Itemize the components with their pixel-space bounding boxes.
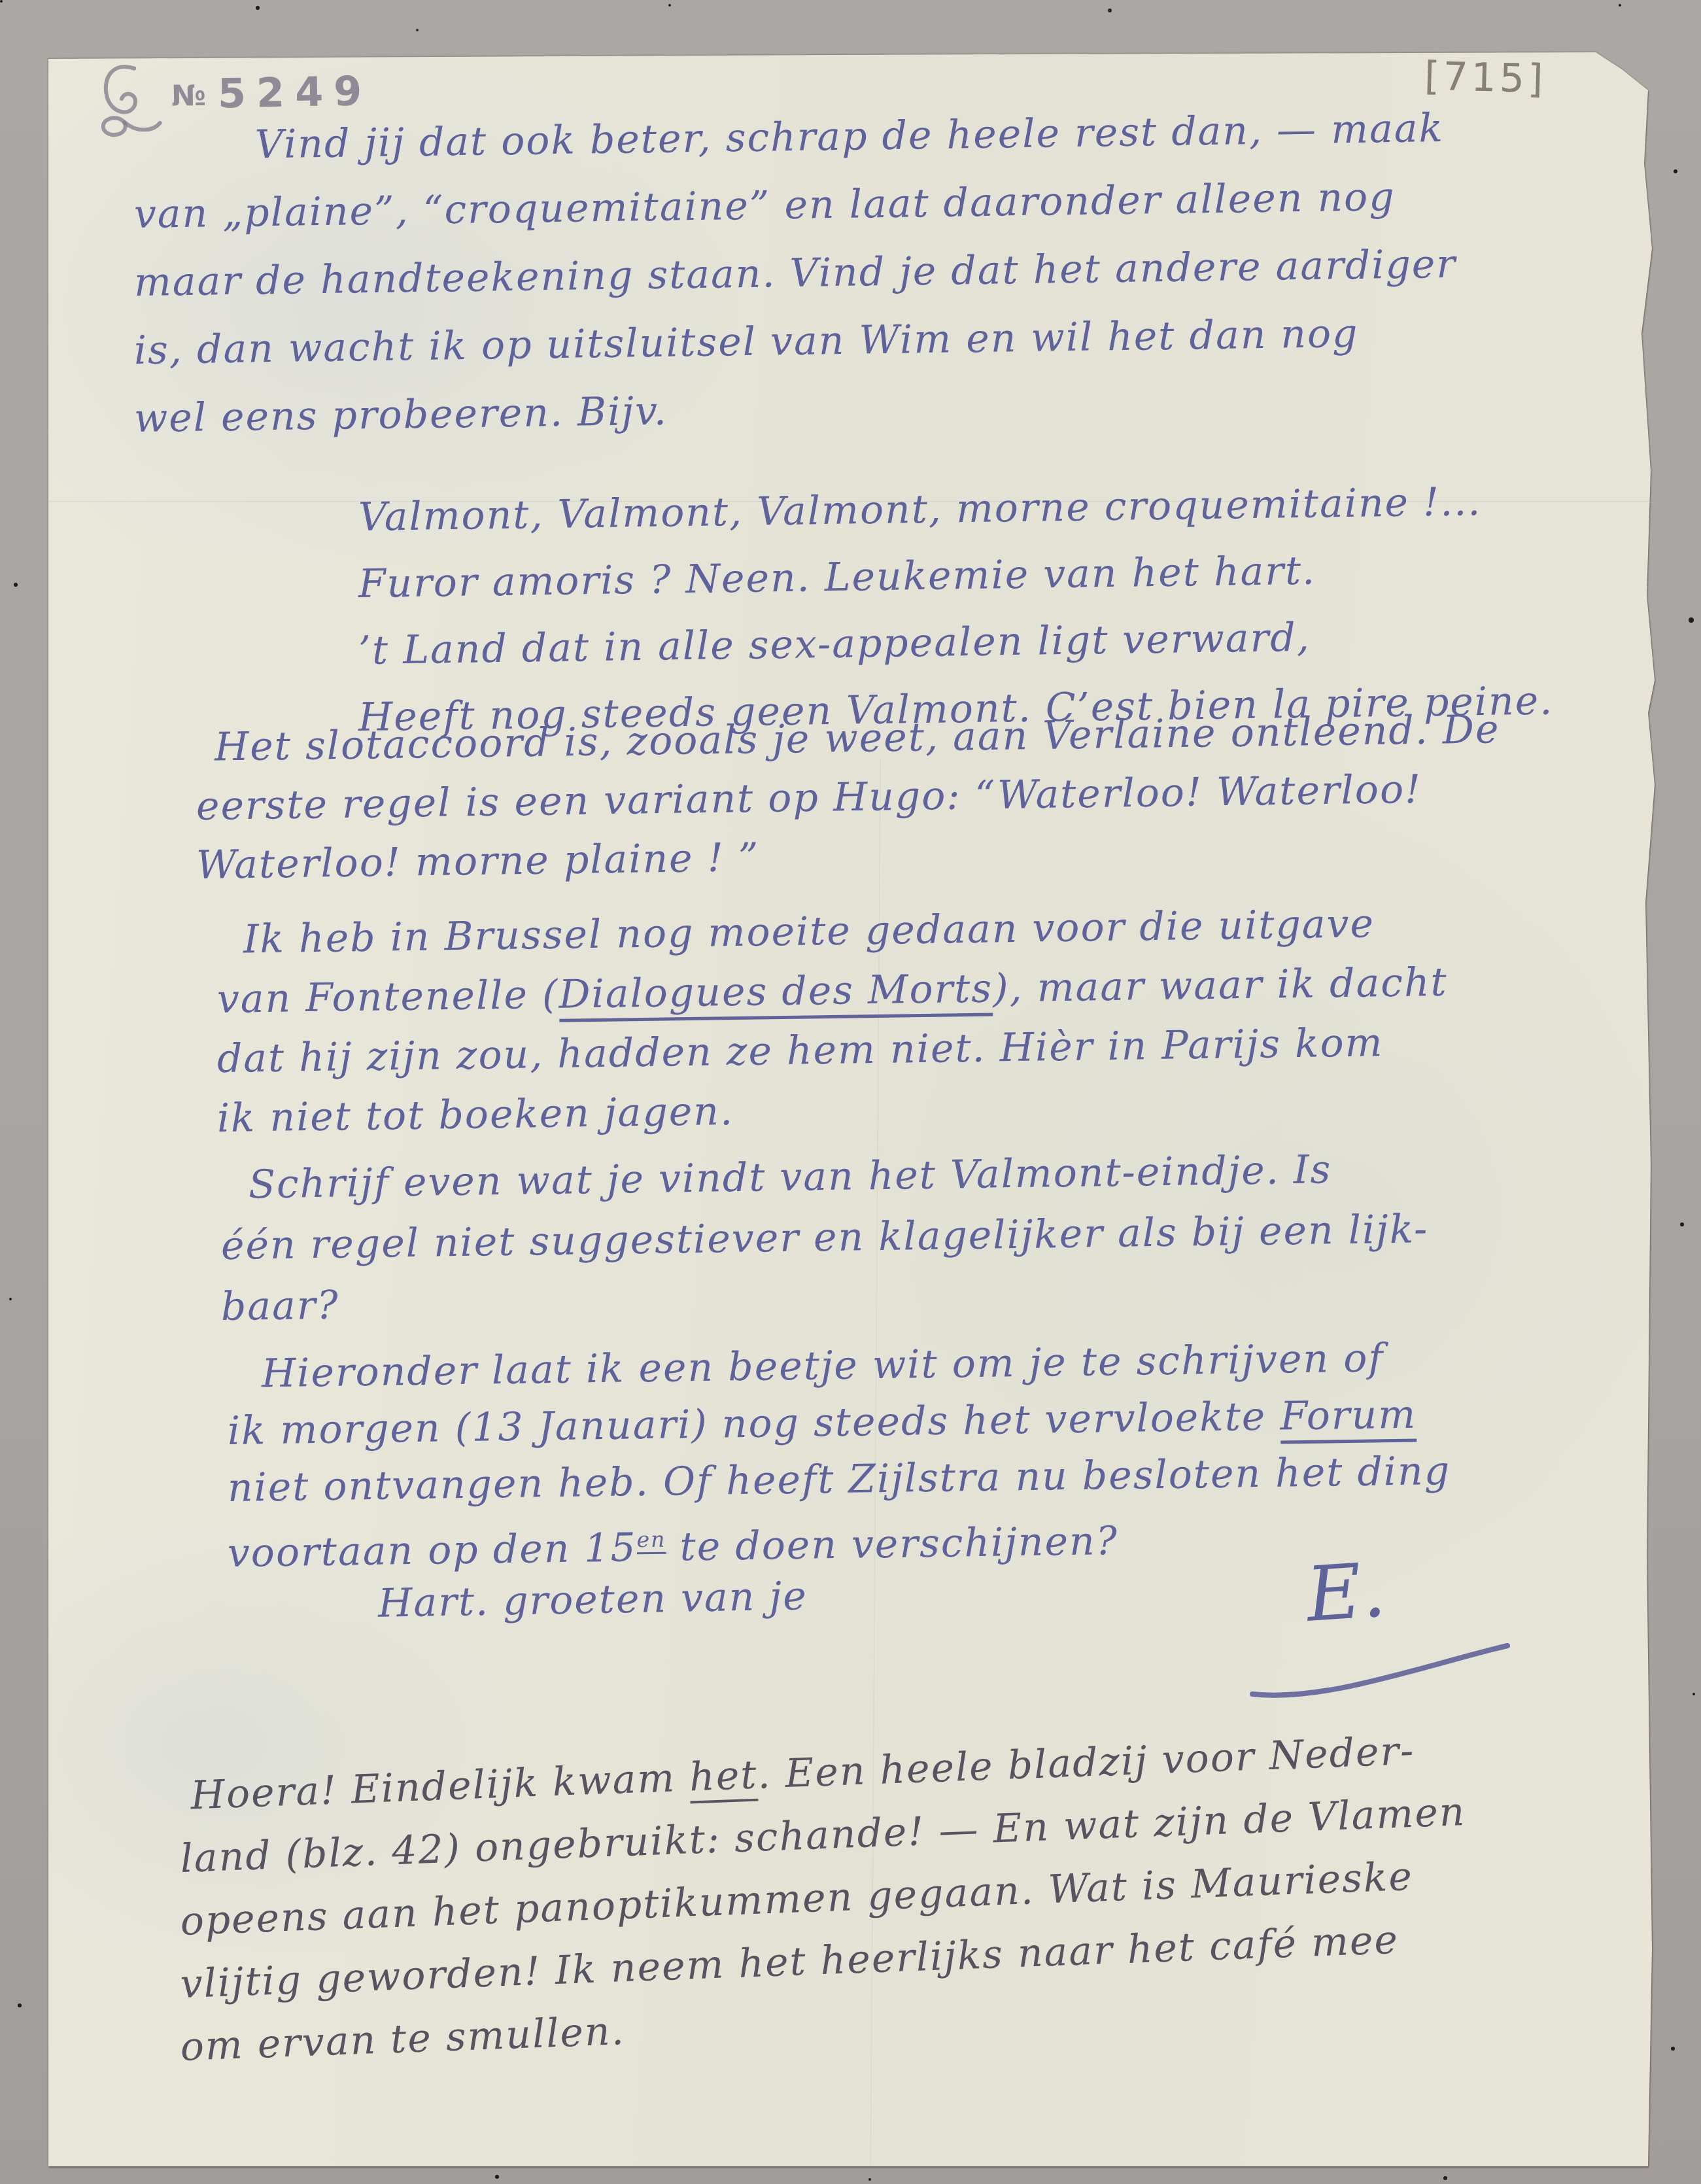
paragraph-5: Hieronder laat ik een beetje wit om je t…	[228, 1346, 1451, 1582]
ordinal-superscript: en	[636, 1527, 666, 1555]
film-specks	[0, 0, 3, 3]
signature-flourish	[1246, 1634, 1521, 1706]
underlined-word: het	[689, 1752, 759, 1804]
paragraph-1: Vind jij dat ook beter, schrap de heele …	[134, 113, 1456, 453]
letter-text: Hoera! Eindelijk kwam	[190, 1754, 690, 1818]
underlined-magazine-title: Forum	[1280, 1392, 1417, 1444]
paragraph-2: Het slotaccoord is, zooals je weet, aan …	[196, 718, 1500, 895]
underlined-book-title: Dialogues des Morts	[558, 965, 993, 1022]
letter-text: van Fontenelle (	[216, 972, 559, 1022]
paragraph-3: Ik heb in Brussel nog moeite gedaan voor…	[217, 910, 1448, 1149]
postscript-paragraph: Hoera! Eindelijk kwam het. Een heele bla…	[180, 1765, 1467, 2079]
signature-initial: E.	[1303, 1546, 1388, 1639]
letter-text: ), maar waar ik dacht	[993, 960, 1448, 1012]
scanned-letter-page: № 5249 [715] Vind jij dat ook beter, sch…	[0, 0, 1701, 2184]
letter-text: te doen verschijnen?	[666, 1518, 1118, 1570]
letter-text: voortaan op den 15	[227, 1525, 637, 1576]
letter-text: ik morgen (13 Januari) nog steeds het ve…	[227, 1394, 1280, 1454]
paragraph-4: Schrijf even wat je vindt van het Valmon…	[221, 1155, 1429, 1338]
numero-symbol: №	[171, 79, 206, 113]
closing-salutation: Hart. groeten van je	[378, 1576, 808, 1623]
